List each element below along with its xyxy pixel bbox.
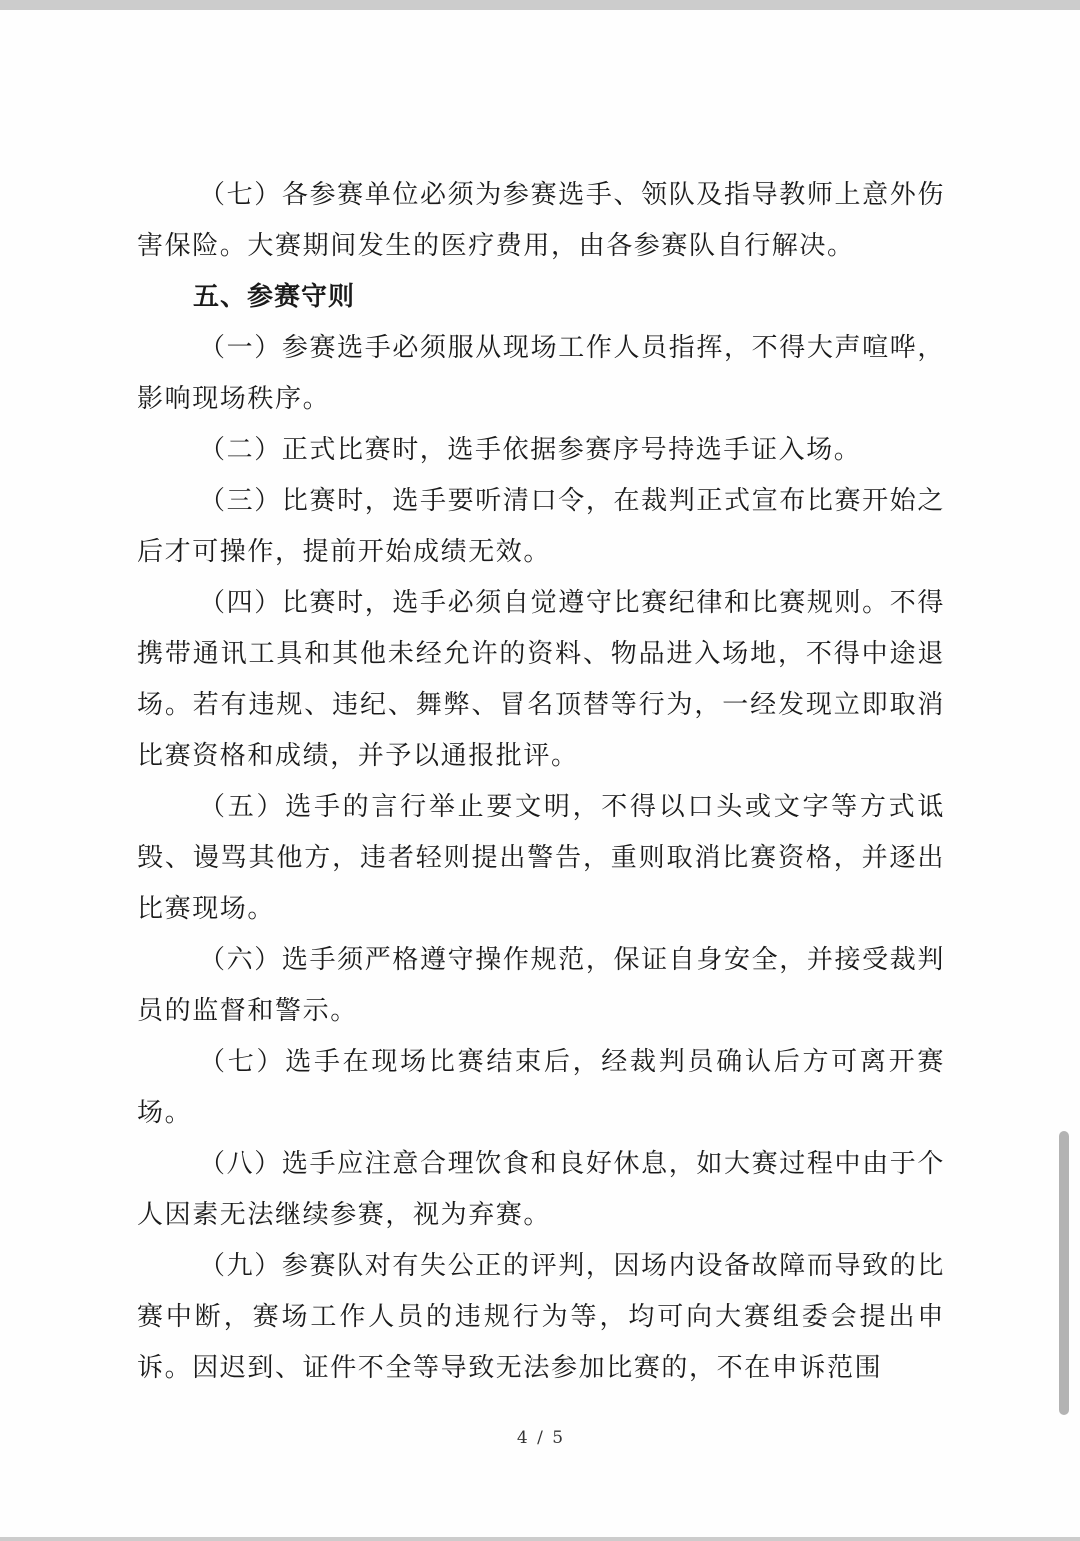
document-viewer: （七）各参赛单位必须为参赛选手、领队及指导教师上意外伤害保险。大赛期间发生的医疗… [0,0,1080,1541]
section-heading-rules: 五、参赛守则 [137,272,945,323]
rule-5: （五）选手的言行举止要文明，不得以口头或文字等方式诋毁、谩骂其他方，违者轻则提出… [137,782,945,935]
rule-3: （三）比赛时，选手要听清口令，在裁判正式宣布比赛开始之后才可操作，提前开始成绩无… [137,476,945,578]
page-indicator: 4 / 5 [0,1428,1080,1448]
top-frame-bar [0,0,1080,10]
rule-4: （四）比赛时，选手必须自觉遵守比赛纪律和比赛规则。不得携带通讯工具和其他未经允许… [137,578,945,782]
rule-7: （七）选手在现场比赛结束后，经裁判员确认后方可离开赛场。 [137,1037,945,1139]
rule-6: （六）选手须严格遵守操作规范，保证自身安全，并接受裁判员的监督和警示。 [137,935,945,1037]
document-page: （七）各参赛单位必须为参赛选手、领队及指导教师上意外伤害保险。大赛期间发生的医疗… [137,170,945,1394]
clause-insurance: （七）各参赛单位必须为参赛选手、领队及指导教师上意外伤害保险。大赛期间发生的医疗… [137,170,945,272]
rule-9: （九）参赛队对有失公正的评判，因场内设备故障而导致的比赛中断，赛场工作人员的违规… [137,1241,945,1394]
vertical-scrollbar[interactable] [1059,1131,1069,1415]
rule-2: （二）正式比赛时，选手依据参赛序号持选手证入场。 [137,425,945,476]
rule-8: （八）选手应注意合理饮食和良好休息，如大赛过程中由于个人因素无法继续参赛，视为弃… [137,1139,945,1241]
rule-1: （一）参赛选手必须服从现场工作人员指挥，不得大声喧哗，影响现场秩序。 [137,323,945,425]
bottom-frame-bar [0,1537,1080,1541]
